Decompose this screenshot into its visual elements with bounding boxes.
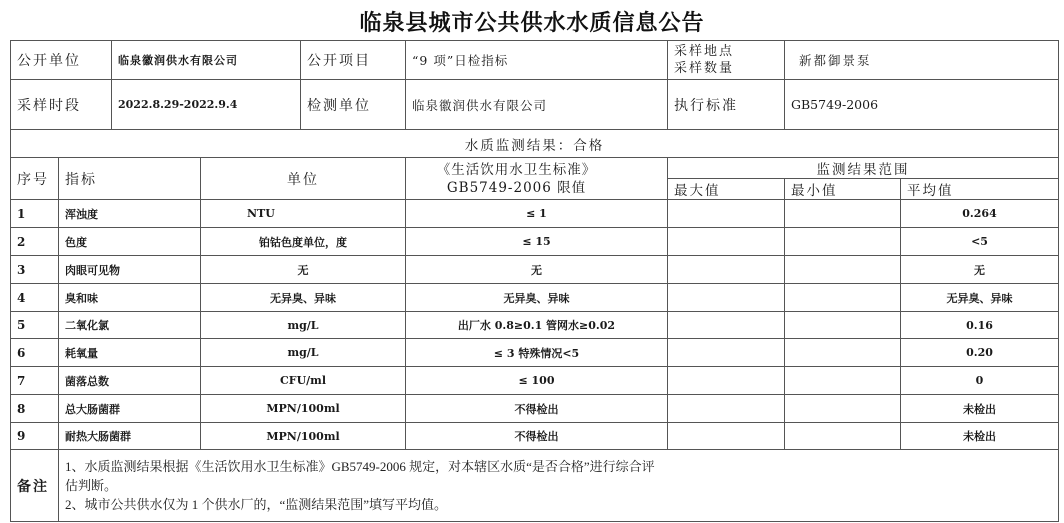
row-limit: 不得检出 (406, 395, 668, 423)
row-max (668, 423, 785, 450)
row-limit: ≤ 1 (406, 200, 668, 228)
row-unit: MPN/100ml (201, 423, 406, 450)
row-min (785, 256, 901, 284)
header-avg: 平均值 (901, 179, 1059, 200)
table-row: 3 肉眼可见物 无 无 无 (11, 256, 1059, 284)
row-no: 5 (11, 312, 59, 339)
label-sampling-period: 采样时段 (11, 80, 112, 130)
table-row: 9 耐热大肠菌群 MPN/100ml 不得检出 未检出 (11, 423, 1059, 450)
info-row-2: 采样时段 2022.8.29-2022.9.4 检测单位 临泉徽润供水有限公司 … (11, 80, 1059, 130)
row-max (668, 200, 785, 228)
row-indicator: 总大肠菌群 (59, 395, 201, 423)
info-table: 公开单位 临泉徽润供水有限公司 公开项目 “9 项”日检指标 采样地点 采样数量… (10, 40, 1059, 158)
row-unit: mg/L (201, 339, 406, 367)
row-indicator: 肉眼可见物 (59, 256, 201, 284)
note-line-2: 2、城市公共供水仅为 1 个供水厂的，“监测结果范围”填写平均值。 (65, 495, 1052, 514)
label-testing-unit: 检测单位 (301, 80, 406, 130)
header-min: 最小值 (785, 179, 901, 200)
row-no: 6 (11, 339, 59, 367)
row-unit: CFU/ml (201, 367, 406, 395)
water-quality-table: 序号 指标 单位 《生活饮用水卫生标准》 GB5749-2006 限值 监测结果… (10, 157, 1059, 522)
row-no: 7 (11, 367, 59, 395)
row-indicator: 耐热大肠菌群 (59, 423, 201, 450)
row-limit: 无异臭、异味 (406, 284, 668, 312)
row-max (668, 228, 785, 256)
row-limit: ≤ 3 特殊情况<5 (406, 339, 668, 367)
result-banner: 水质监测结果：合格 (11, 130, 1059, 158)
value-sampling-site: 新都御景泵 (785, 41, 1059, 80)
row-min (785, 395, 901, 423)
info-row-1: 公开单位 临泉徽润供水有限公司 公开项目 “9 项”日检指标 采样地点 采样数量… (11, 41, 1059, 80)
notes-row: 备注 1、水质监测结果根据《生活饮用水卫生标准》GB5749-2006 规定，对… (11, 450, 1059, 522)
table-row: 5 二氧化氯 mg/L 出厂水 0.8≥0.1 管网水≥0.02 0.16 (11, 312, 1059, 339)
row-avg: 0.20 (901, 339, 1059, 367)
header-limit-line1: 《生活饮用水卫生标准》 (406, 161, 662, 179)
row-no: 2 (11, 228, 59, 256)
header-limit-line2: GB5749-2006 限值 (406, 179, 662, 197)
label-sampling-count-line2: 采样数量 (674, 60, 778, 77)
row-limit: 不得检出 (406, 423, 668, 450)
row-unit: MPN/100ml (201, 395, 406, 423)
header-limit: 《生活饮用水卫生标准》 GB5749-2006 限值 (406, 158, 668, 200)
row-avg: 0.264 (901, 200, 1059, 228)
header-no: 序号 (11, 158, 59, 200)
row-unit: 铂钴色度单位，度 (201, 228, 406, 256)
table-row: 7 菌落总数 CFU/ml ≤ 100 0 (11, 367, 1059, 395)
value-testing-unit: 临泉徽润供水有限公司 (406, 80, 668, 130)
label-sampling-site-line1: 采样地点 (674, 43, 778, 60)
result-banner-row: 水质监测结果：合格 (11, 130, 1059, 158)
row-avg: <5 (901, 228, 1059, 256)
row-avg: 无异臭、异味 (901, 284, 1059, 312)
row-indicator: 菌落总数 (59, 367, 201, 395)
row-max (668, 256, 785, 284)
row-limit: 无 (406, 256, 668, 284)
table-row: 1 浑浊度 NTU ≤ 1 0.264 (11, 200, 1059, 228)
table-row: 6 耗氧量 mg/L ≤ 3 特殊情况<5 0.20 (11, 339, 1059, 367)
header-indicator: 指标 (59, 158, 201, 200)
label-sampling-site: 采样地点 采样数量 (668, 41, 785, 80)
value-standard: GB5749-2006 (785, 80, 1059, 130)
row-indicator: 耗氧量 (59, 339, 201, 367)
row-avg: 0.16 (901, 312, 1059, 339)
note-line-1: 1、水质监测结果根据《生活饮用水卫生标准》GB5749-2006 规定，对本辖区… (65, 457, 665, 495)
row-avg: 0 (901, 367, 1059, 395)
table-row: 8 总大肠菌群 MPN/100ml 不得检出 未检出 (11, 395, 1059, 423)
header-range: 监测结果范围 (668, 158, 1059, 179)
header-row-1: 序号 指标 单位 《生活饮用水卫生标准》 GB5749-2006 限值 监测结果… (11, 158, 1059, 179)
row-min (785, 423, 901, 450)
row-max (668, 312, 785, 339)
page-title: 临泉县城市公共供水水质信息公告 (0, 6, 1064, 37)
row-no: 3 (11, 256, 59, 284)
row-unit: 无异臭、异味 (201, 284, 406, 312)
row-indicator: 二氧化氯 (59, 312, 201, 339)
value-project: “9 项”日检指标 (406, 41, 668, 80)
row-min (785, 339, 901, 367)
notes-content: 1、水质监测结果根据《生活饮用水卫生标准》GB5749-2006 规定，对本辖区… (59, 450, 1059, 522)
label-publisher: 公开单位 (11, 41, 112, 80)
row-no: 9 (11, 423, 59, 450)
row-max (668, 284, 785, 312)
row-min (785, 200, 901, 228)
row-min (785, 284, 901, 312)
label-project: 公开项目 (301, 41, 406, 80)
row-limit: ≤ 100 (406, 367, 668, 395)
row-no: 1 (11, 200, 59, 228)
row-min (785, 367, 901, 395)
row-min (785, 312, 901, 339)
row-unit: NTU (201, 200, 406, 228)
row-avg: 无 (901, 256, 1059, 284)
row-max (668, 339, 785, 367)
row-unit: 无 (201, 256, 406, 284)
header-unit: 单位 (201, 158, 406, 200)
row-unit: mg/L (201, 312, 406, 339)
value-publisher: 临泉徽润供水有限公司 (112, 41, 301, 80)
row-indicator: 浑浊度 (59, 200, 201, 228)
row-max (668, 395, 785, 423)
row-min (785, 228, 901, 256)
table-row: 4 臭和味 无异臭、异味 无异臭、异味 无异臭、异味 (11, 284, 1059, 312)
row-avg: 未检出 (901, 423, 1059, 450)
header-max: 最大值 (668, 179, 785, 200)
label-standard: 执行标准 (668, 80, 785, 130)
row-max (668, 367, 785, 395)
row-limit: ≤ 15 (406, 228, 668, 256)
row-indicator: 臭和味 (59, 284, 201, 312)
value-sampling-period: 2022.8.29-2022.9.4 (112, 80, 301, 130)
row-no: 4 (11, 284, 59, 312)
row-no: 8 (11, 395, 59, 423)
row-limit: 出厂水 0.8≥0.1 管网水≥0.02 (406, 312, 668, 339)
table-row: 2 色度 铂钴色度单位，度 ≤ 15 <5 (11, 228, 1059, 256)
row-indicator: 色度 (59, 228, 201, 256)
notes-label: 备注 (11, 450, 59, 522)
row-avg: 未检出 (901, 395, 1059, 423)
